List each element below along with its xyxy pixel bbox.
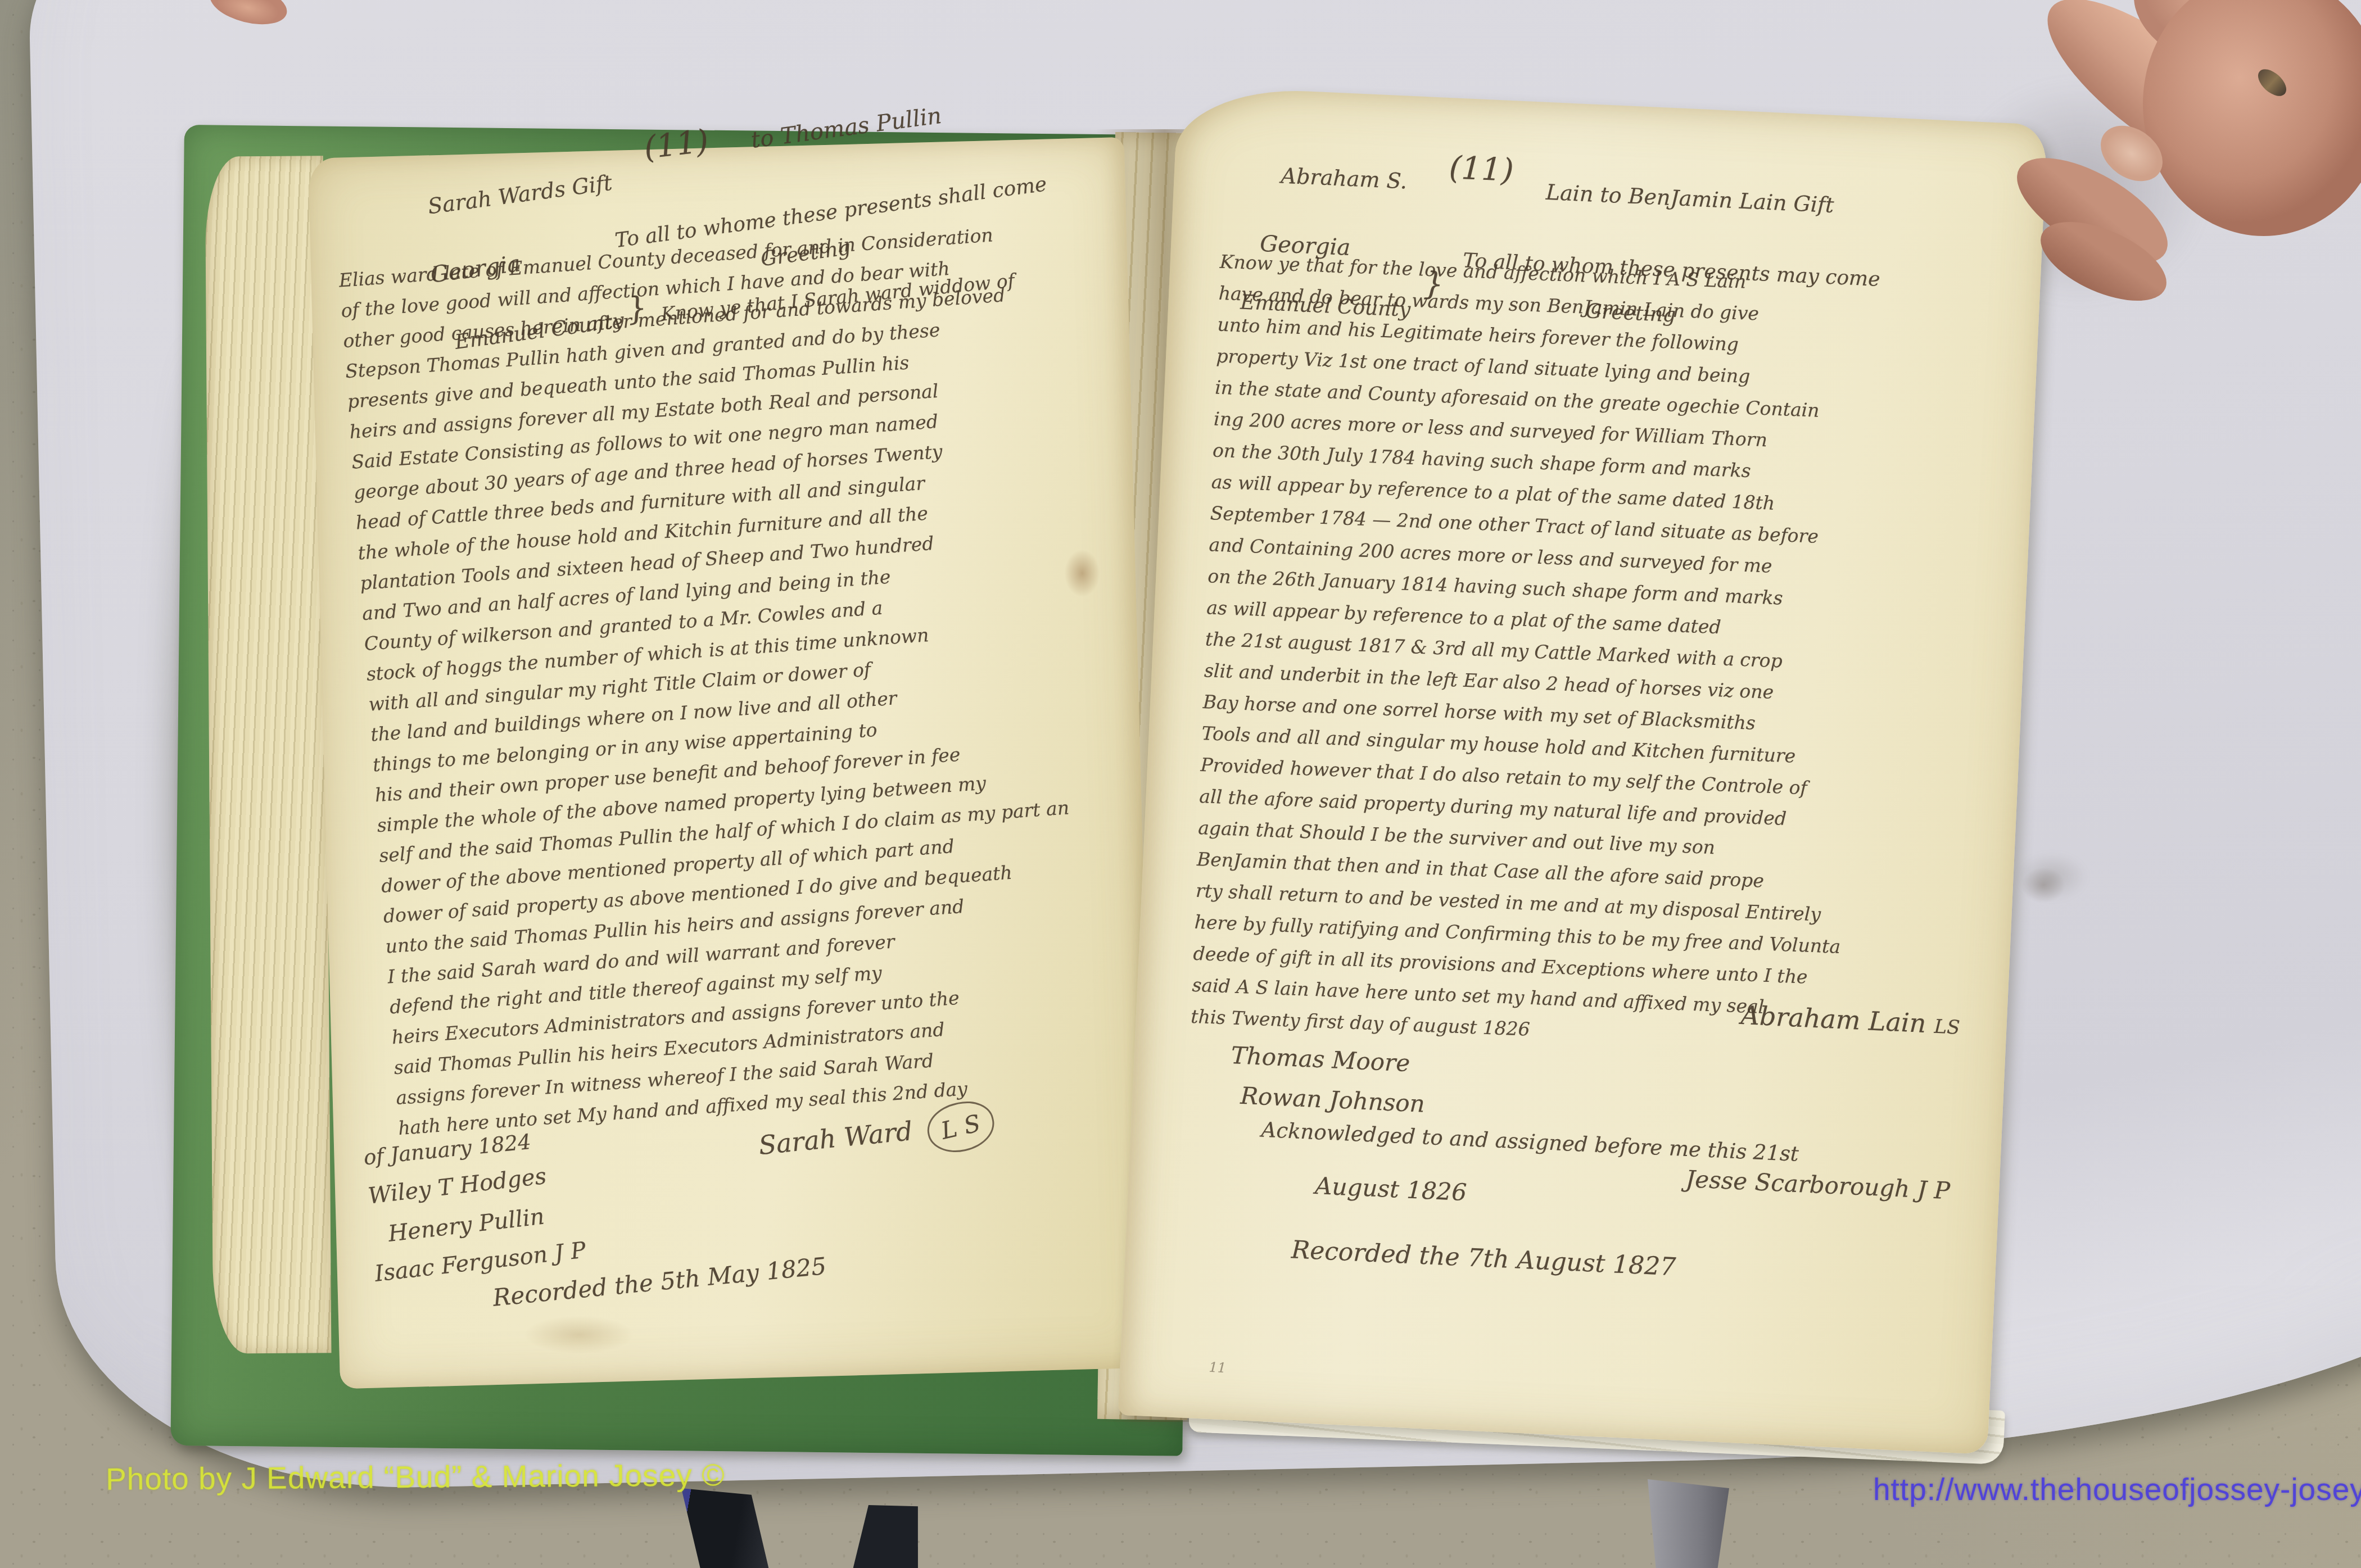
left-body: Elias ward late of Emanuel County deceas…: [338, 217, 1089, 1144]
right-docket-number: (11): [1448, 149, 1514, 189]
right-docket-name: Abraham S.: [1281, 163, 1408, 193]
table-leg-gray: [1646, 1479, 1729, 1568]
signature-seal-flourish: LS: [1934, 1016, 1961, 1039]
left-docket: Sarah Wards Gift: [426, 170, 613, 219]
witness-name: Henery Pullin: [387, 1204, 546, 1247]
photo-scene: Sarah Wards Gift (11) to Thomas Pullin G…: [0, 0, 2361, 1568]
right-page: Abraham S. (11) Lain to BenJamin Lain Gi…: [1118, 85, 2048, 1454]
wax-seal: L S: [922, 1096, 999, 1158]
table-stain: [2012, 860, 2074, 910]
pencil-page-mark: 11: [1209, 1359, 1227, 1376]
right-body: Know ye that for the love and affection …: [1190, 246, 1866, 1057]
right-recorded-line: Recorded the 7th August 1827: [1291, 1235, 1676, 1281]
justice-signature: Jesse Scarborough J P: [1685, 1165, 1951, 1204]
page-stain: [1057, 540, 1107, 607]
left-page: Sarah Wards Gift (11) to Thomas Pullin G…: [308, 137, 1156, 1389]
signer-name: Sarah Ward: [757, 1116, 914, 1161]
right-ack-date: August 1826: [1314, 1172, 1467, 1206]
witness-name: Wiley T Hodges: [367, 1163, 548, 1209]
website-url-watermark: http://www.thehouseofjossey-josey.org: [1873, 1471, 2361, 1507]
right-docket-rest: Lain to BenJamin Lain Gift: [1545, 180, 1834, 217]
hand-palm: [2143, 0, 2361, 236]
photographer-hand: [2014, 0, 2361, 326]
page-stain: [506, 1309, 652, 1360]
witness-name: Rowan Johnson: [1240, 1082, 1425, 1118]
left-docket-number: (11): [642, 123, 711, 167]
witness-name: Thomas Moore: [1231, 1041, 1411, 1077]
right-acknowledgement: Acknowledged to and assigned before me t…: [1261, 1118, 1799, 1166]
photo-credit-watermark: Photo by J Edward “Bud” & Marion Josey ©: [106, 1457, 725, 1497]
